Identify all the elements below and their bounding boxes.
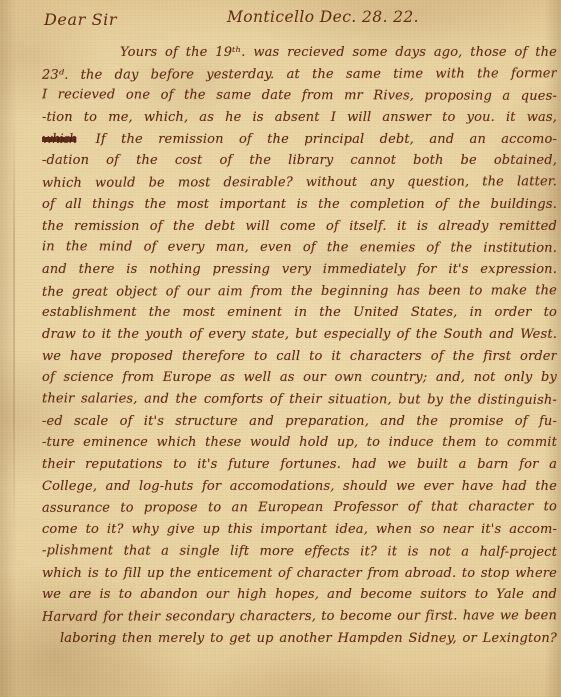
letter-line: which is to fill up the enticement of ch… [42, 563, 557, 585]
letter-line: draw to it the youth of every state, but… [42, 324, 557, 346]
letter-line: assurance to propose to an European Prof… [42, 497, 557, 520]
letter-line: Harvard for their secondary characters, … [42, 605, 557, 628]
letter-line: their reputations to it's future fortune… [42, 454, 557, 476]
letter-line: I recieved one of the same date from mr … [42, 85, 557, 108]
letter-line: -tion to me, which, as he is absent I wi… [42, 107, 557, 129]
letter-line: we are is to abandon our high hopes, and… [42, 584, 557, 606]
struck-word: which [42, 132, 80, 147]
letter-line: and there is nothing pressing very immed… [42, 259, 557, 281]
letter-scan: Dear Sir Monticello Dec. 28. 22. Yours o… [0, 0, 561, 697]
letter-line: College, and log-huts for accomodations,… [42, 476, 557, 498]
letter-line: come to it? why give up this important i… [42, 519, 557, 541]
letter-line: Yours of the 19ᵗʰ. was recieved some day… [42, 42, 557, 64]
letter-header: Dear Sir Monticello Dec. 28. 22. [0, 0, 561, 38]
letter-line: 23ᵈ. the day before yesterday. at the sa… [42, 63, 557, 86]
salutation: Dear Sir [44, 10, 117, 29]
letter-line: we have proposed therefore to call to it… [42, 346, 557, 368]
letter-line: the great object of our aim from the beg… [42, 280, 557, 303]
letter-line: -dation of the cost of the library canno… [42, 150, 557, 172]
letter-line: laboring then merely to get up another H… [42, 628, 557, 650]
letter-line: their salaries, and the comforts of thei… [42, 388, 557, 411]
letter-line: which If the remission of the principal … [42, 129, 557, 151]
letter-line: in the mind of every man, even of the en… [42, 236, 557, 259]
letter-line: of all things the most important is the … [42, 194, 557, 216]
letter-line: -ture eminence which these would hold up… [42, 432, 557, 454]
letter-line: which would be most desirable? without a… [42, 171, 557, 194]
letter-line: of science from Europe as well as our ow… [42, 367, 557, 389]
letter-line: -ed scale of it's structure and preparat… [42, 411, 557, 433]
dateline: Monticello Dec. 28. 22. [227, 8, 419, 26]
letter-body: Yours of the 19ᵗʰ. was recieved some day… [0, 42, 561, 649]
letter-line: -plishment that a single lift more effec… [42, 540, 557, 563]
letter-line: establishment the most eminent in the Un… [42, 302, 557, 324]
letter-line: the remission of the debt will come of i… [42, 216, 557, 238]
